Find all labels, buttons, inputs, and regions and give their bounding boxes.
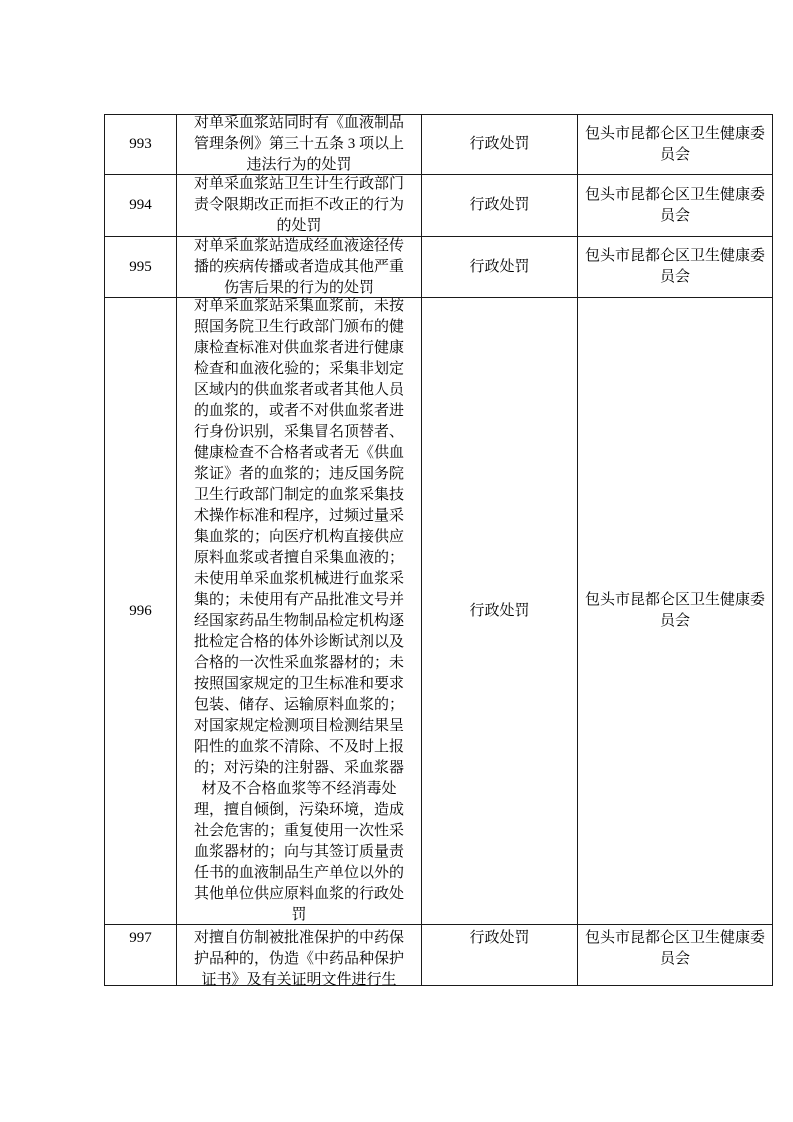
enforcing-authority: 包头市昆都仑区卫生健康委员会 [578, 237, 772, 297]
penalty-type: 行政处罚 [422, 925, 577, 985]
row-index: 997 [105, 925, 176, 985]
penalty-description: 对单采血浆站采集血浆前，未按照国务院卫生行政部门颁布的健康检查标准对供血浆者进行… [177, 298, 421, 924]
row-index: 996 [105, 298, 176, 924]
table-row: 996 对单采血浆站采集血浆前，未按照国务院卫生行政部门颁布的健康检查标准对供血… [105, 298, 773, 925]
penalty-type: 行政处罚 [422, 237, 577, 297]
table-row: 994 对单采血浆站卫生计生行政部门责令限期改正而拒不改正的行为的处罚 行政处罚… [105, 175, 773, 237]
enforcing-authority: 包头市昆都仑区卫生健康委员会 [578, 115, 772, 174]
enforcing-authority: 包头市昆都仑区卫生健康委员会 [578, 298, 772, 924]
table-row-truncated: 997 对擅自仿制被批准保护的中药保护品种的，伪造《中药品种保护证书》及有关证明… [105, 925, 773, 986]
table-row: 993 对单采血浆站同时有《血液制品管理条例》第三十五条 3 项以上违法行为的处… [105, 115, 773, 175]
penalty-type: 行政处罚 [422, 298, 577, 924]
document-page: 993 对单采血浆站同时有《血液制品管理条例》第三十五条 3 项以上违法行为的处… [0, 0, 793, 1122]
enforcing-authority: 包头市昆都仑区卫生健康委员会 [578, 925, 772, 985]
table-row: 995 对单采血浆站造成经血液途径传播的疾病传播或者造成其他严重伤害后果的行为的… [105, 237, 773, 298]
penalty-type: 行政处罚 [422, 115, 577, 174]
penalty-description: 对单采血浆站卫生计生行政部门责令限期改正而拒不改正的行为的处罚 [177, 175, 421, 236]
row-index: 994 [105, 175, 176, 236]
row-index: 993 [105, 115, 176, 174]
penalty-type: 行政处罚 [422, 175, 577, 236]
penalty-description: 对单采血浆站造成经血液途径传播的疾病传播或者造成其他严重伤害后果的行为的处罚 [177, 237, 421, 297]
penalty-table: 993 对单采血浆站同时有《血液制品管理条例》第三十五条 3 项以上违法行为的处… [104, 114, 773, 986]
penalty-description: 对单采血浆站同时有《血液制品管理条例》第三十五条 3 项以上违法行为的处罚 [177, 115, 421, 174]
row-index: 995 [105, 237, 176, 297]
enforcing-authority: 包头市昆都仑区卫生健康委员会 [578, 175, 772, 236]
penalty-description: 对擅自仿制被批准保护的中药保护品种的，伪造《中药品种保护证书》及有关证明文件进行… [177, 925, 421, 985]
